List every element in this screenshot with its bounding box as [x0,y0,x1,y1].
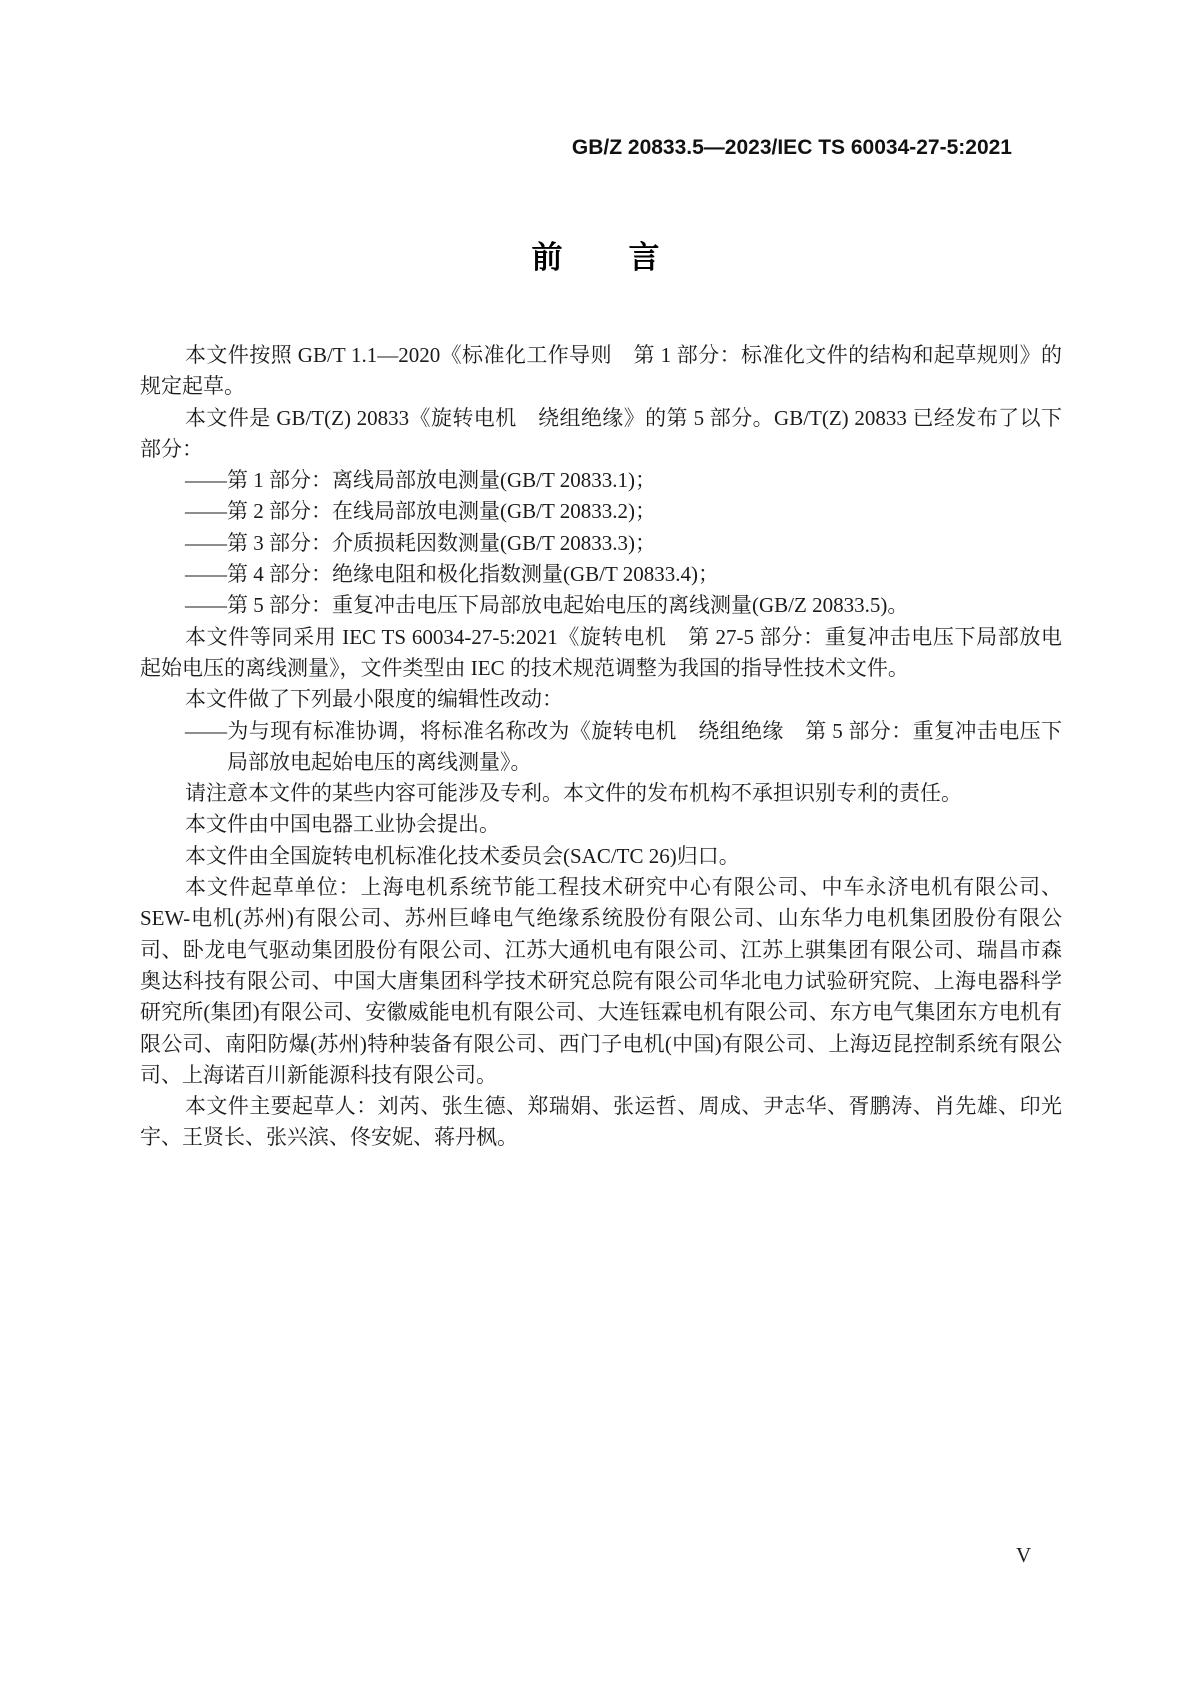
foreword-list-item-rename: ——为与现有标准协调，将标准名称改为《旋转电机 绕组绝缘 第 5 部分：重复冲击… [140,716,1062,779]
foreword-list-item-part5: ——第 5 部分：重复冲击电压下局部放电起始电压的离线测量(GB/Z 20833… [140,590,1062,621]
foreword-paragraph-drafters: 本文件主要起草人：刘芮、张生德、郑瑞娟、张运哲、周成、尹志华、胥鹏涛、肖先雄、印… [140,1091,1062,1154]
foreword-list-item-part1: ——第 1 部分：离线局部放电测量(GB/T 20833.1)； [140,465,1062,496]
page-title-char-second: 言 [629,241,660,275]
foreword-paragraph-drafting-units: 本文件起草单位：上海电机系统节能工程技术研究中心有限公司、中车永济电机有限公司、… [140,872,1062,1091]
foreword-list-item-part3: ——第 3 部分：介质损耗因数测量(GB/T 20833.3)； [140,528,1062,559]
foreword-paragraph-series-intro: 本文件是 GB/T(Z) 20833《旋转电机 绕组绝缘》的第 5 部分。GB/… [140,403,1062,466]
foreword-paragraph-editorial: 本文件做了下列最小限度的编辑性改动： [140,684,1062,715]
page-title: 前 言 [0,241,1191,275]
foreword-list-item-part4: ——第 4 部分：绝缘电阻和极化指数测量(GB/T 20833.4)； [140,559,1062,590]
foreword-paragraph-patent-notice: 请注意本文件的某些内容可能涉及专利。本文件的发布机构不承担识别专利的责任。 [140,778,1062,809]
foreword-list-item-part2: ——第 2 部分：在线局部放电测量(GB/T 20833.2)； [140,496,1062,527]
standard-code-header: GB/Z 20833.5—2023/IEC TS 60034-27-5:2021 [572,136,1012,160]
foreword-paragraph-drafting-rules: 本文件按照 GB/T 1.1—2020《标准化工作导则 第 1 部分：标准化文件… [140,340,1062,403]
foreword-paragraph-iec-adoption: 本文件等同采用 IEC TS 60034-27-5:2021《旋转电机 第 27… [140,622,1062,685]
document-page: GB/Z 20833.5—2023/IEC TS 60034-27-5:2021… [0,0,1191,1685]
page-number: V [1016,1543,1031,1568]
foreword-body: 本文件按照 GB/T 1.1—2020《标准化工作导则 第 1 部分：标准化文件… [140,340,1062,1154]
foreword-paragraph-proposed-by: 本文件由中国电器工业协会提出。 [140,809,1062,840]
foreword-paragraph-committee: 本文件由全国旋转电机标准化技术委员会(SAC/TC 26)归口。 [140,841,1062,872]
page-title-char-first: 前 [532,241,563,275]
